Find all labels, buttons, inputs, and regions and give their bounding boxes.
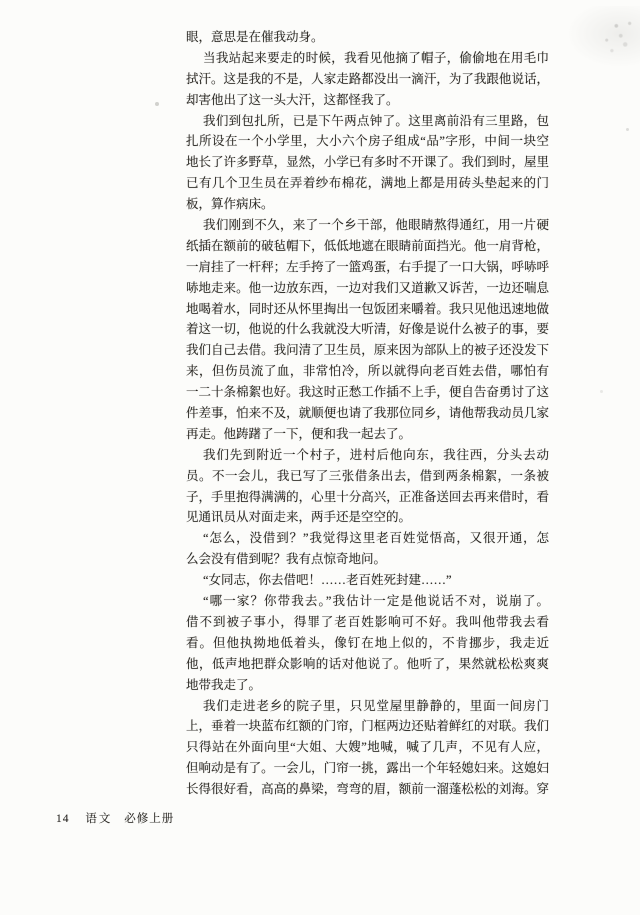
- text-line: “哪一家？你带我去。”我估计一定是他说话不对，说崩了。: [186, 591, 549, 612]
- paragraph: “哪一家？你带我去。”我估计一定是他说话不对，说崩了。借不到被子事小，得罪了老百…: [186, 591, 549, 695]
- text-line: 上，垂着一块蓝布红额的门帘，门框两边还贴着鲜红的对联。我们: [186, 716, 549, 737]
- scan-speck: [626, 128, 629, 131]
- page-footer: 14 语文 必修上册: [56, 810, 174, 826]
- text-line: 拭汗。这是我的不是，人家走路都没出一滴汗，为了我跟他说话，: [186, 69, 549, 90]
- paragraph: 我们先到附近一个村子，进村后他向东，我往西，分头去动员。不一会儿，我已写了三张借…: [186, 445, 549, 529]
- text-line: 地喝着水，同时还从怀里掏出一包饭团来嚼着。我只见他迅速地做: [186, 299, 549, 320]
- paragraph: 当我站起来要走的时候，我看见他摘了帽子，偷偷地在用毛巾拭汗。这是我的不是，人家走…: [186, 48, 549, 111]
- text-line: 我们走进老乡的院子里，只见堂屋里静静的，里面一间房门: [186, 696, 549, 717]
- text-line: 板，算作病床。: [186, 194, 549, 215]
- text-line: 我们到包扎所，已是下午两点钟了。这里离前沿有三里路，包: [186, 111, 549, 132]
- scan-speck: [600, 390, 603, 393]
- text-line: 件差事，怕来不及，就顺便也请了我那位同乡，请他帮我动员几家: [186, 403, 549, 424]
- text-line: 我们自己去借。我问清了卫生员，原来因为部队上的被子还没发下: [186, 340, 549, 361]
- paragraph: 我们刚到不久，来了一个乡干部，他眼睛熬得通红，用一片硬纸插在额前的破毡帽下，低低…: [186, 215, 549, 445]
- paragraph: 我们到包扎所，已是下午两点钟了。这里离前沿有三里路，包扎所设在一个小学里，大小六…: [186, 111, 549, 215]
- text-line: 一二十条棉絮也好。我这时正愁工作插不上手，便自告奋勇讨了这: [186, 382, 549, 403]
- text-line: 借不到被子事小，得罪了老百姓影响可不好。我叫他带我去看: [186, 612, 549, 633]
- paragraph: 我们走进老乡的院子里，只见堂屋里静静的，里面一间房门上，垂着一块蓝布红额的门帘，…: [186, 696, 549, 800]
- scan-smudge: [566, 6, 640, 68]
- book-page: 眼，意思是在催我动身。当我站起来要走的时候，我看见他摘了帽子，偷偷地在用毛巾拭汗…: [0, 0, 640, 915]
- text-line: “女同志，你去借吧！……老百姓死封建……”: [186, 570, 549, 591]
- text-line: 着这一切，他说的什么我就没大听清，好像是说什么被子的事，要: [186, 319, 549, 340]
- text-line: 当我站起来要走的时候，我看见他摘了帽子，偷偷地在用毛巾: [186, 48, 549, 69]
- page-number: 14: [56, 813, 70, 825]
- text-line: 长得很好看，高高的鼻梁，弯弯的眉，额前一溜蓬松松的刘海。穿: [186, 779, 549, 800]
- text-line: 眼，意思是在催我动身。: [186, 27, 549, 48]
- text-line: 再走。他踌躇了一下，便和我一起去了。: [186, 424, 549, 445]
- book-volume: 必修上册: [124, 810, 174, 826]
- text-line: 一肩挂了一杆秤；左手挎了一篮鸡蛋，右手提了一口大锅，呼哧呼: [186, 257, 549, 278]
- text-line: 扎所设在一个小学里，大小六个房子组成“品”字形，中间一块空: [186, 131, 549, 152]
- text-line: 纸插在额前的破毡帽下，低低地遮在眼睛前面挡光。他一肩背枪，: [186, 236, 549, 257]
- text-line: 看。但他执拗地低着头，像钉在地上似的，不肯挪步，我走近: [186, 633, 549, 654]
- text-line: “怎么，没借到？”我觉得这里老百姓觉悟高，又很开通，怎: [186, 528, 549, 549]
- text-line: 地长了许多野草，显然，小学已有多时不开课了。我们到时，屋里: [186, 152, 549, 173]
- paragraph: “女同志，你去借吧！……老百姓死封建……”: [186, 570, 549, 591]
- paragraph: “怎么，没借到？”我觉得这里老百姓觉悟高，又很开通，怎么会没有借到呢？我有点惊奇…: [186, 528, 549, 570]
- book-subject: 语文: [85, 810, 112, 826]
- paragraph: 眼，意思是在催我动身。: [186, 27, 549, 48]
- text-line: 地带我走了。: [186, 675, 549, 696]
- text-line: 但响动是有了。一会儿，门帘一挑，露出一个年轻媳妇来。这媳妇: [186, 758, 549, 779]
- text-line: 他，低声地把群众影响的话对他说了。他听了，果然就松松爽爽: [186, 654, 549, 675]
- text-line: 员。不一会儿，我已写了三张借条出去，借到两条棉絮，一条被: [186, 466, 549, 487]
- scan-speck: [155, 102, 159, 106]
- body-text: 眼，意思是在催我动身。当我站起来要走的时候，我看见他摘了帽子，偷偷地在用毛巾拭汗…: [186, 27, 549, 800]
- text-line: 已有几个卫生员在弄着纱布棉花，满地上都是用砖头垫起来的门: [186, 173, 549, 194]
- text-line: 见通讯员从对面走来，两手还是空空的。: [186, 507, 549, 528]
- text-line: 只得站在外面向里“大姐、大嫂”地喊，喊了几声，不见有人应，: [186, 737, 549, 758]
- text-line: 么会没有借到呢？我有点惊奇地问。: [186, 549, 549, 570]
- text-line: 子，手里抱得满满的，心里十分高兴，正准备送回去再来借时，看: [186, 487, 549, 508]
- text-line: 却害他出了这一头大汗，这都怪我了。: [186, 90, 549, 111]
- text-line: 我们刚到不久，来了一个乡干部，他眼睛熬得通红，用一片硬: [186, 215, 549, 236]
- text-line: 来，但伤员流了血，非常怕冷，所以就得向老百姓去借，哪怕有: [186, 361, 549, 382]
- text-line: 哧地走来。他一边放东西，一边对我们又道歉又诉苦，一边还喘息: [186, 278, 549, 299]
- text-line: 我们先到附近一个村子，进村后他向东，我往西，分头去动: [186, 445, 549, 466]
